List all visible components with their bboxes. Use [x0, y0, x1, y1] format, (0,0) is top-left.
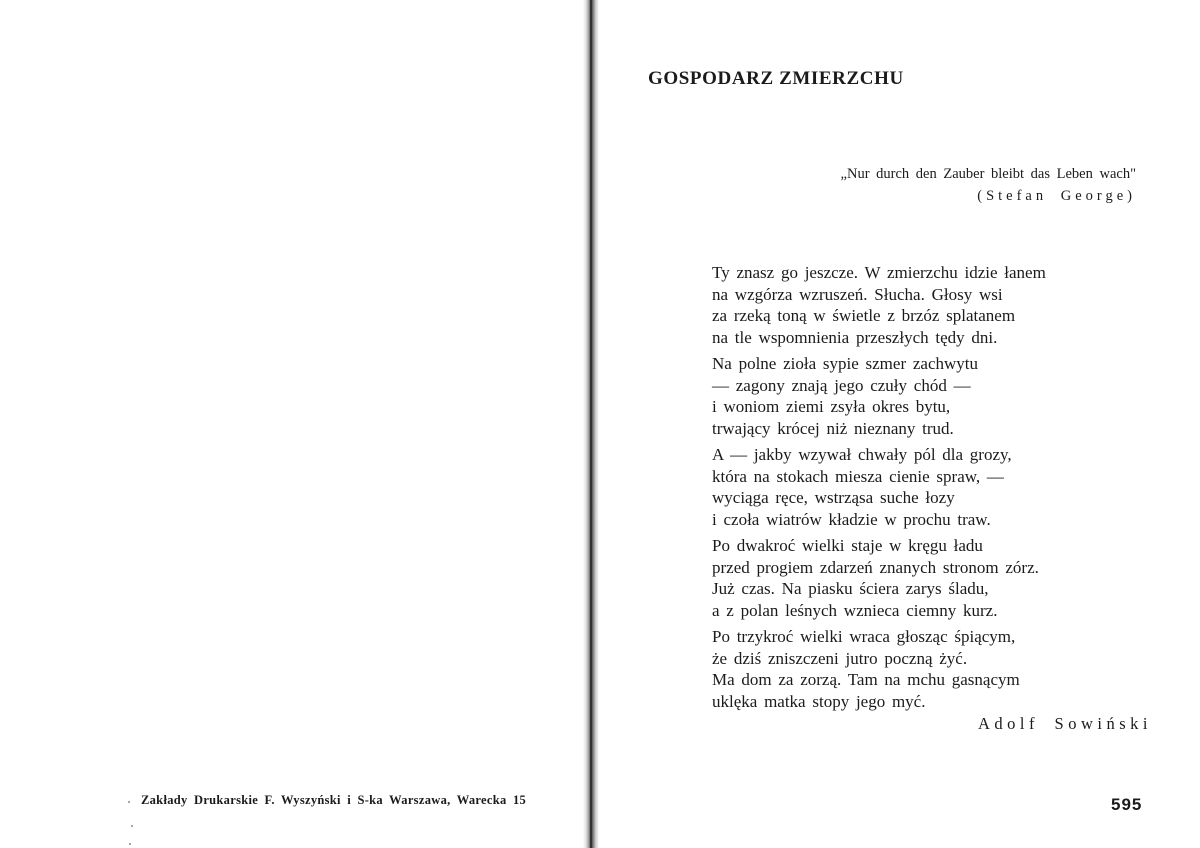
author-signature: Adolf Sowiński	[978, 714, 1152, 734]
left-page: Zakłady Drukarskie F. Wyszyński i S-ka W…	[0, 0, 583, 848]
poem: Ty znasz go jeszcze. W zmierzchu idzie ł…	[712, 262, 1046, 717]
right-page: GOSPODARZ ZMIERZCHU „Nur durch den Zaube…	[599, 0, 1200, 848]
stanza: Na polne zioła sypie szmer zachwytu — za…	[712, 353, 1046, 439]
stanza: Ty znasz go jeszcze. W zmierzchu idzie ł…	[712, 262, 1046, 348]
scanned-book-spread: Zakłady Drukarskie F. Wyszyński i S-ka W…	[0, 0, 1200, 848]
poem-line: trwający krócej niż nieznany trud.	[712, 418, 1046, 440]
scan-speck	[128, 801, 130, 803]
poem-line: Na polne zioła sypie szmer zachwytu	[712, 353, 1046, 375]
poem-line: A — jakby wzywał chwały pól dla grozy,	[712, 444, 1046, 466]
poem-line: Po dwakroć wielki staje w kręgu ładu	[712, 535, 1046, 557]
poem-line: wyciąga ręce, wstrząsa suche łozy	[712, 487, 1046, 509]
poem-line: na wzgórza wzruszeń. Słucha. Głosy wsi	[712, 284, 1046, 306]
stanza: Po trzykroć wielki wraca głosząc śpiącym…	[712, 626, 1046, 712]
poem-line: która na stokach miesza cienie spraw, —	[712, 466, 1046, 488]
poem-line: a z polan leśnych wznieca ciemny kurz.	[712, 600, 1046, 622]
poem-line: Ty znasz go jeszcze. W zmierzchu idzie ł…	[712, 262, 1046, 284]
poem-line: że dziś zniszczeni jutro poczną żyć.	[712, 648, 1046, 670]
poem-line: na tle wspomnienia przeszłych tędy dni.	[712, 327, 1046, 349]
poem-line: Już czas. Na piasku ściera zarys śladu,	[712, 578, 1046, 600]
epigraph: „Nur durch den Zauber bleibt das Leben w…	[789, 163, 1136, 207]
stanza: A — jakby wzywał chwały pól dla grozy, k…	[712, 444, 1046, 530]
stanza: Po dwakroć wielki staje w kręgu ładu prz…	[712, 535, 1046, 621]
epigraph-quote: „Nur durch den Zauber bleibt das Leben w…	[789, 163, 1136, 185]
page-title: GOSPODARZ ZMIERZCHU	[648, 68, 904, 90]
poem-line: uklęka matka stopy jego myć.	[712, 691, 1046, 713]
poem-line: przed progiem zdarzeń znanych stronom zó…	[712, 557, 1046, 579]
scan-speck	[129, 843, 131, 845]
book-spine-shadow	[583, 0, 599, 848]
epigraph-attribution: (Stefan George)	[789, 185, 1136, 207]
poem-line: i woniom ziemi zsyła okres bytu,	[712, 396, 1046, 418]
printer-imprint: Zakłady Drukarskie F. Wyszyński i S-ka W…	[141, 793, 526, 808]
poem-line: Ma dom za zorzą. Tam na mchu gasnącym	[712, 669, 1046, 691]
page-number: 595	[1111, 795, 1142, 815]
scan-speck	[131, 825, 133, 827]
poem-line: — zagony znają jego czuły chód —	[712, 375, 1046, 397]
poem-line: Po trzykroć wielki wraca głosząc śpiącym…	[712, 626, 1046, 648]
poem-line: i czoła wiatrów kładzie w prochu traw.	[712, 509, 1046, 531]
poem-line: za rzeką toną w świetle z brzóz splatane…	[712, 305, 1046, 327]
